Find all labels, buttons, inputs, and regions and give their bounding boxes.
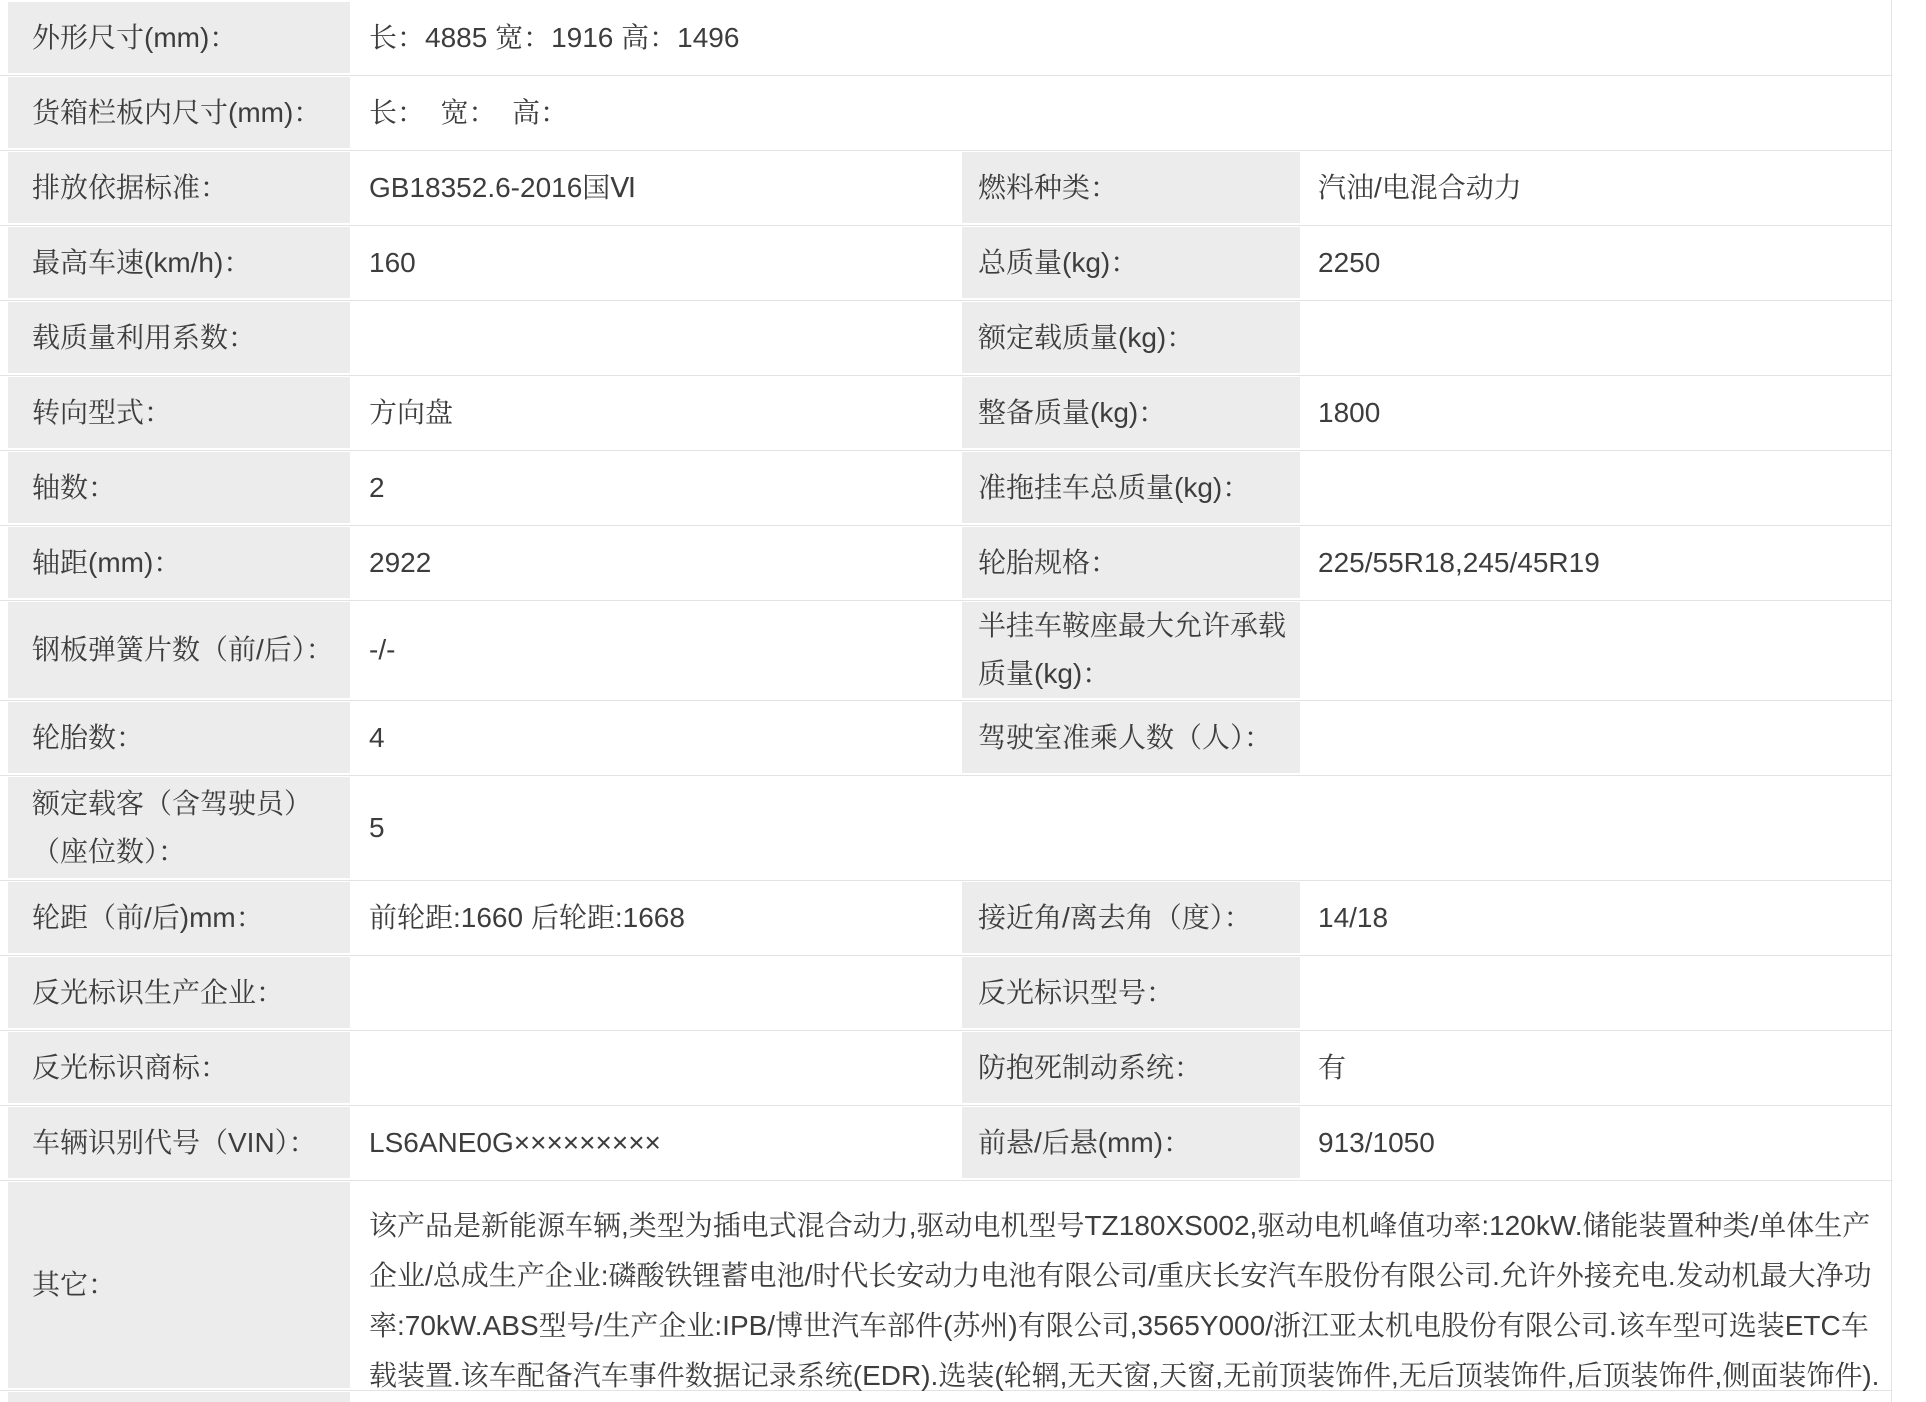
spec-value-cell: 913/1050 <box>1303 1105 1892 1180</box>
spec-label-line: 防抱死制动系统： <box>978 1044 1300 1092</box>
spec-label-line: 钢板弹簧片数（前/后）： <box>32 626 350 674</box>
table-row: 排放依据标准：GB18352.6-2016国Ⅵ燃料种类：汽油/电混合动力 <box>0 150 1892 225</box>
spec-value-text: 汽油/电混合动力 <box>1318 166 1522 210</box>
spec-label-cell: 轮胎数： <box>8 702 350 773</box>
spec-label-line: 轴数： <box>32 464 350 512</box>
spec-label-cell: 整备质量(kg)： <box>962 377 1300 448</box>
spec-label-cell: 轴数： <box>8 452 350 523</box>
table-row: 额定载客（含驾驶员）（座位数）：5 <box>0 775 1892 880</box>
spec-label-cell: 轴距(mm)： <box>8 527 350 598</box>
table-row: 载质量利用系数：额定载质量(kg)： <box>0 300 1892 375</box>
spec-label-line: 半挂车鞍座最大允许承载 <box>978 602 1300 650</box>
spec-label-line: 其它： <box>32 1261 350 1309</box>
spec-label-line: 驾驶室准乘人数（人）： <box>978 714 1300 762</box>
spec-label-line: 轮胎数： <box>32 714 350 762</box>
spec-label-cell: 货箱栏板内尺寸(mm)： <box>8 77 350 148</box>
spec-value-text: 4 <box>369 716 385 760</box>
table-row: 车辆识别代号（VIN）：LS6ANE0G×××××××××前悬/后悬(mm)：9… <box>0 1105 1892 1180</box>
spec-value-cell <box>1303 600 1892 700</box>
spec-label-cell: 外形尺寸(mm)： <box>8 2 350 73</box>
spec-value-text: 有 <box>1318 1046 1346 1090</box>
spec-value-text: 2 <box>369 466 385 510</box>
vehicle-spec-table: 外形尺寸(mm)：长：4885 宽：1916 高：1496货箱栏板内尺寸(mm)… <box>0 0 1892 1402</box>
spec-label-cell: 准拖挂车总质量(kg)： <box>962 452 1300 523</box>
spec-label-line: 车辆识别代号（VIN）： <box>32 1119 350 1167</box>
spec-value-cell <box>353 1030 962 1105</box>
table-row: 反光标识商标：防抱死制动系统：有 <box>0 1030 1892 1105</box>
spec-value-text: 14/18 <box>1318 896 1388 940</box>
spec-value-cell: 方向盘 <box>353 375 962 450</box>
spec-label-cell: 其它： <box>8 1182 350 1388</box>
spec-label-cell: 轮距（前/后)mm： <box>8 882 350 953</box>
spec-label-line: 最高车速(km/h)： <box>32 239 350 287</box>
spec-label-line: 载质量利用系数： <box>32 314 350 362</box>
spec-value-text: 该产品是新能源车辆,类型为插电式混合动力,驱动电机型号TZ180XS002,驱动… <box>369 1201 1882 1401</box>
spec-value-cell: -/- <box>353 600 962 700</box>
spec-label-cell: 最高车速(km/h)： <box>8 227 350 298</box>
spec-label-cell: 前悬/后悬(mm)： <box>962 1107 1300 1178</box>
spec-label-cell: 钢板弹簧片数（前/后）： <box>8 602 350 698</box>
spec-label-line: 反光标识型号： <box>978 969 1300 1017</box>
table-row: 货箱栏板内尺寸(mm)：长： 宽： 高： <box>0 75 1892 150</box>
table-row: 轴数：2准拖挂车总质量(kg)： <box>0 450 1892 525</box>
spec-value-cell: 1800 <box>1303 375 1892 450</box>
spec-label-line: 总质量(kg)： <box>978 239 1300 287</box>
spec-label-cell: 轮胎规格： <box>962 527 1300 598</box>
spec-value-cell <box>1303 300 1892 375</box>
spec-value-text: 160 <box>369 241 416 285</box>
spec-label-cell: 总质量(kg)： <box>962 227 1300 298</box>
spec-value-text: 前轮距:1660 后轮距:1668 <box>369 896 685 940</box>
spec-label-line: 准拖挂车总质量(kg)： <box>978 464 1300 512</box>
cropped-label-cell <box>8 1392 350 1402</box>
spec-label-cell: 载质量利用系数： <box>8 302 350 373</box>
spec-value-cell <box>1303 700 1892 775</box>
spec-value-cell <box>1303 450 1892 525</box>
spec-value-text: 2250 <box>1318 241 1380 285</box>
spec-label-line: 前悬/后悬(mm)： <box>978 1119 1300 1167</box>
spec-value-cell <box>1303 955 1892 1030</box>
spec-label-cell: 反光标识生产企业： <box>8 957 350 1028</box>
spec-value-cell: 长： 宽： 高： <box>353 75 1892 150</box>
spec-label-line: 接近角/离去角（度）： <box>978 894 1300 942</box>
spec-label-cell: 半挂车鞍座最大允许承载质量(kg)： <box>962 602 1300 698</box>
spec-label-line: 轮距（前/后)mm： <box>32 894 350 942</box>
spec-label-line: 燃料种类： <box>978 164 1300 212</box>
spec-label-cell: 转向型式： <box>8 377 350 448</box>
spec-value-cell <box>353 300 962 375</box>
spec-label-line: 反光标识生产企业： <box>32 969 350 1017</box>
spec-value-text: GB18352.6-2016国Ⅵ <box>369 166 636 210</box>
spec-value-cell: LS6ANE0G××××××××× <box>353 1105 962 1180</box>
table-row: 其它：该产品是新能源车辆,类型为插电式混合动力,驱动电机型号TZ180XS002… <box>0 1180 1892 1390</box>
spec-value-cell: 长：4885 宽：1916 高：1496 <box>353 0 1892 75</box>
spec-label-line: 轮胎规格： <box>978 539 1300 587</box>
spec-value-text: 长： 宽： 高： <box>369 91 568 135</box>
spec-label-line: 反光标识商标： <box>32 1044 350 1092</box>
spec-value-cell: 4 <box>353 700 962 775</box>
spec-label-line: 外形尺寸(mm)： <box>32 14 350 62</box>
spec-label-cell: 排放依据标准： <box>8 152 350 223</box>
spec-value-text: 225/55R18,245/45R19 <box>1318 541 1600 585</box>
spec-value-cell: 2 <box>353 450 962 525</box>
spec-label-line: 额定载质量(kg)： <box>978 314 1300 362</box>
spec-label-line: 排放依据标准： <box>32 164 350 212</box>
spec-value-text: -/- <box>369 628 395 672</box>
spec-label-cell: 驾驶室准乘人数（人）： <box>962 702 1300 773</box>
spec-value-text: 方向盘 <box>369 391 453 435</box>
table-row: 反光标识生产企业：反光标识型号： <box>0 955 1892 1030</box>
spec-label-cell: 接近角/离去角（度）： <box>962 882 1300 953</box>
spec-value-cell: 2922 <box>353 525 962 600</box>
spec-label-line: 额定载客（含驾驶员） <box>32 780 350 828</box>
spec-value-text: LS6ANE0G××××××××× <box>369 1121 661 1165</box>
table-row: 钢板弹簧片数（前/后）：-/-半挂车鞍座最大允许承载质量(kg)： <box>0 600 1892 700</box>
spec-value-cell: 2250 <box>1303 225 1892 300</box>
spec-value-cell: 前轮距:1660 后轮距:1668 <box>353 880 962 955</box>
table-row: 轮距（前/后)mm：前轮距:1660 后轮距:1668接近角/离去角（度）：14… <box>0 880 1892 955</box>
spec-label-cell: 防抱死制动系统： <box>962 1032 1300 1103</box>
table-row: 轴距(mm)：2922轮胎规格：225/55R18,245/45R19 <box>0 525 1892 600</box>
table-row: 最高车速(km/h)：160总质量(kg)：2250 <box>0 225 1892 300</box>
spec-label-cell: 车辆识别代号（VIN）： <box>8 1107 350 1178</box>
spec-value-cell: 该产品是新能源车辆,类型为插电式混合动力,驱动电机型号TZ180XS002,驱动… <box>353 1180 1892 1390</box>
spec-value-text: 913/1050 <box>1318 1121 1435 1165</box>
spec-value-cell: GB18352.6-2016国Ⅵ <box>353 150 962 225</box>
spec-value-text: 长：4885 宽：1916 高：1496 <box>369 16 739 60</box>
spec-value-cell: 有 <box>1303 1030 1892 1105</box>
spec-label-line: 整备质量(kg)： <box>978 389 1300 437</box>
spec-value-text: 1800 <box>1318 391 1380 435</box>
spec-value-text: 2922 <box>369 541 431 585</box>
spec-label-line: 轴距(mm)： <box>32 539 350 587</box>
spec-value-cell: 汽油/电混合动力 <box>1303 150 1892 225</box>
spec-label-line: 转向型式： <box>32 389 350 437</box>
spec-label-cell: 反光标识商标： <box>8 1032 350 1103</box>
table-row: 外形尺寸(mm)：长：4885 宽：1916 高：1496 <box>0 0 1892 75</box>
spec-value-text: 5 <box>369 806 385 850</box>
spec-value-cell: 14/18 <box>1303 880 1892 955</box>
spec-label-line: （座位数）： <box>32 828 350 876</box>
table-row: 轮胎数：4驾驶室准乘人数（人）： <box>0 700 1892 775</box>
spec-value-cell <box>353 955 962 1030</box>
spec-label-cell: 反光标识型号： <box>962 957 1300 1028</box>
table-row: 转向型式：方向盘整备质量(kg)：1800 <box>0 375 1892 450</box>
spec-label-line: 货箱栏板内尺寸(mm)： <box>32 89 350 137</box>
spec-label-line: 质量(kg)： <box>978 650 1300 698</box>
spec-value-cell: 160 <box>353 225 962 300</box>
spec-label-cell: 额定载质量(kg)： <box>962 302 1300 373</box>
spec-label-cell: 燃料种类： <box>962 152 1300 223</box>
spec-value-cell: 5 <box>353 775 1892 880</box>
spec-label-cell: 额定载客（含驾驶员）（座位数）： <box>8 777 350 878</box>
spec-value-cell: 225/55R18,245/45R19 <box>1303 525 1892 600</box>
